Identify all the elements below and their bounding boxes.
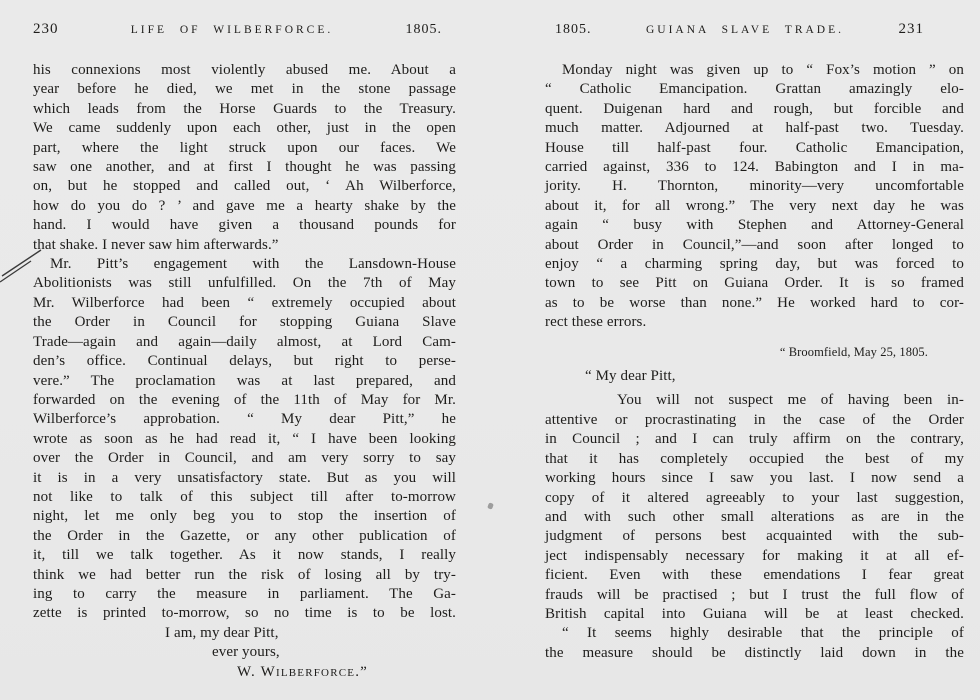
text-line: part, where the light struck upon our fa…	[33, 139, 456, 158]
text-line: Trade—again and again—daily almost, at L…	[33, 333, 456, 352]
left-page-header: 230 LIFE OF WILBERFORCE. 1805.	[33, 21, 456, 38]
text-line: I am, my dear Pitt,	[165, 624, 456, 643]
text-line: about Order in Council,”—and soon after …	[545, 236, 964, 255]
page-number: 231	[898, 21, 924, 38]
signature: W. Wilberforce.”	[33, 663, 456, 682]
text-line: night, let me only beg you to stop the i…	[33, 507, 456, 526]
text-line: attentive or procrastinating in the case…	[545, 411, 964, 430]
text-line: zette is printed to-morrow, so no time i…	[33, 604, 456, 623]
running-title: LIFE OF WILBERFORCE.	[131, 24, 334, 36]
right-page-body: Monday night was given up to “ Fox’s mot…	[545, 61, 964, 663]
paragraph-letter-body: You will not suspect me of having been i…	[545, 391, 964, 624]
text-line: town to see Pitt on Guiana Order. It is …	[545, 274, 964, 293]
text-line: again “ busy with Stephen and Attorney-G…	[545, 216, 964, 235]
text-line: saw one another, and at first I thought …	[33, 158, 456, 177]
text-line: Wilberforce’s approbation. “ My dear Pit…	[33, 410, 456, 429]
text-line: Mr. Pitt’s engagement with the Lansdown-…	[33, 255, 456, 274]
year-label: 1805.	[405, 22, 442, 38]
text-line: how do you do ? ’ and gave me a hearty s…	[33, 197, 456, 216]
closing-line-2: ever yours,	[33, 643, 456, 662]
text-line: You will not suspect me of having been i…	[545, 391, 964, 410]
text-line: much matter. Adjourned at half-past two.…	[545, 119, 964, 138]
right-page-header: 1805. GUIANA SLAVE TRADE. 231	[545, 21, 964, 38]
text-line: that shake. I never saw him afterwards.”	[33, 236, 456, 255]
text-line: “ Catholic Emancipation. Grattan amazing…	[545, 80, 964, 99]
text-line: frauds will be practised ; but I trust t…	[545, 586, 964, 605]
text-line: Abolitionists was still unfulfilled. On …	[33, 274, 456, 293]
text-line: year before he died, we met in the stone…	[33, 80, 456, 99]
paragraph-pitt-meeting: his connexions most violently abused me.…	[33, 61, 456, 255]
text-line: and with such other small alterations as…	[545, 508, 964, 527]
text-line: W. Wilberforce.”	[237, 663, 456, 682]
text-line: House till half-past four. Catholic Eman…	[545, 139, 964, 158]
text-line: that it has completely occupied the best…	[545, 450, 964, 469]
paragraph-pitt-engagement: Mr. Pitt’s engagement with the Lansdown-…	[33, 255, 456, 624]
text-line: den’s office. Continual delays, but righ…	[33, 352, 456, 371]
paragraph-diary: Monday night was given up to “ Fox’s mot…	[545, 61, 964, 333]
year-label: 1805.	[555, 22, 592, 38]
text-line: rect these errors.	[545, 313, 964, 332]
text-line: ficient. Even with these emendations I f…	[545, 566, 964, 585]
text-line: working hours since I saw you last. I no…	[545, 469, 964, 488]
text-line: ing to carry the measure in parliament. …	[33, 585, 456, 604]
text-line: British capital into Guiana will be at l…	[545, 605, 964, 624]
paragraph-principle: “ It seems highly desirable that the pri…	[545, 624, 964, 663]
text-line: We came suddenly upon each other, just i…	[33, 119, 456, 138]
text-line: Mr. Wilberforce had been “ extremely occ…	[33, 294, 456, 313]
text-line: “ Broomfield, May 25, 1805.	[545, 343, 928, 362]
text-line: carried against, 336 to 124. Babington a…	[545, 158, 964, 177]
text-line: about it, for all wrong.” The very next …	[545, 197, 964, 216]
text-line: not like to talk of this subject till af…	[33, 488, 456, 507]
book-scan: 230 LIFE OF WILBERFORCE. 1805. his conne…	[0, 0, 980, 700]
closing-line-1: I am, my dear Pitt,	[33, 624, 456, 643]
salutation: “ My dear Pitt,	[545, 367, 964, 386]
text-line: hand. I would have given a thousand poun…	[33, 216, 456, 235]
text-line: forwarded on the evening of the 11th of …	[33, 391, 456, 410]
page-number: 230	[33, 21, 59, 38]
text-line: over the Order in Council, and am very s…	[33, 449, 456, 468]
text-line: the Order in the Gazette, or any other p…	[33, 527, 456, 546]
text-line: it is in a very unsatisfactory state. Bu…	[33, 469, 456, 488]
text-line: in Council ; and I can truly affirm on t…	[545, 430, 964, 449]
gutter-speck	[487, 502, 494, 509]
text-line: ever yours,	[212, 643, 456, 662]
text-line: copy of it altered agreeably to your las…	[545, 489, 964, 508]
text-line: vere.” The proclamation was at last prep…	[33, 372, 456, 391]
text-line: Monday night was given up to “ Fox’s mot…	[545, 61, 964, 80]
dateline: “ Broomfield, May 25, 1805.	[545, 343, 964, 362]
running-title: GUIANA SLAVE TRADE.	[646, 24, 844, 36]
text-line: judgment of persons best acquainted with…	[545, 527, 964, 546]
left-page-body: his connexions most violently abused me.…	[33, 61, 456, 682]
text-line: “ My dear Pitt,	[585, 367, 964, 386]
text-line: jority. H. Thornton, minority—very uncom…	[545, 177, 964, 196]
text-line: “ It seems highly desirable that the pri…	[545, 624, 964, 643]
text-line: think we had better run the risk of losi…	[33, 566, 456, 585]
text-line: on, but he stopped and called out, ‘ Ah …	[33, 177, 456, 196]
text-line: quent. Duigenan hard and rough, but forc…	[545, 100, 964, 119]
text-line: the measure should be distinctly laid do…	[545, 644, 964, 663]
left-page: 230 LIFE OF WILBERFORCE. 1805. his conne…	[33, 0, 456, 682]
text-line: it, till we talk together. As it now sta…	[33, 546, 456, 565]
text-line: enjoy “ a charming spring day, but was f…	[545, 255, 964, 274]
text-line: ject indispensably necessary for making …	[545, 547, 964, 566]
text-line: his connexions most violently abused me.…	[33, 61, 456, 80]
text-line: which leads from the Horse Guards to the…	[33, 100, 456, 119]
text-line: the Order in Council for stopping Guiana…	[33, 313, 456, 332]
right-page: 1805. GUIANA SLAVE TRADE. 231 Monday nig…	[545, 0, 964, 663]
text-line: as to be worse than none.” He worked har…	[545, 294, 964, 313]
text-line: wrote as soon as he had read it, “ I hav…	[33, 430, 456, 449]
